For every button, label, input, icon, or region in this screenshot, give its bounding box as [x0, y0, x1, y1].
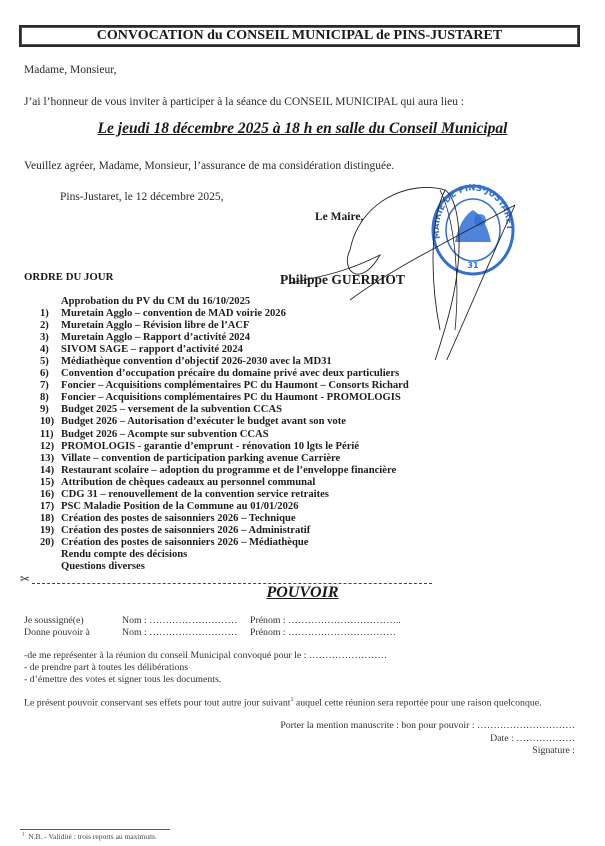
closing-formula: Veuillez agréer, Madame, Monsieur, l’ass… [24, 160, 394, 172]
agenda-item-text: SIVOM SAGE – rapport d’activité 2024 [61, 344, 243, 356]
agenda-item-number: 18) [40, 513, 61, 525]
agenda-item-text: PROMOLOGIS - garantie d’emprunt - rénova… [61, 441, 359, 453]
agenda-item-number: 12) [40, 441, 61, 453]
agenda-item-number: 4) [40, 344, 61, 356]
proxy-giver-name-field[interactable]: Nom : ……………………… [122, 615, 237, 626]
agenda-item: 9)Budget 2025 – versement de la subventi… [40, 404, 409, 416]
agenda-item-text: Muretain Agglo – convention de MAD voiri… [61, 308, 286, 320]
agenda-preamble: Approbation du PV du CM du 16/10/2025 [40, 296, 409, 308]
signature-field[interactable]: Signature : [532, 745, 575, 756]
agenda-item: 14)Restaurant scolaire – adoption du pro… [40, 465, 409, 477]
agenda-item: 15)Attribution de chèques cadeaux au per… [40, 477, 409, 489]
agenda-item-text: Médiathèque convention d’objectif 2026-2… [61, 356, 332, 368]
agenda-item-number: 19) [40, 525, 61, 537]
agenda-item: 3)Muretain Agglo – Rapport d’activité 20… [40, 332, 409, 344]
agenda-item: 19)Création des postes de saisonniers 20… [40, 525, 409, 537]
agenda-item-number: 2) [40, 320, 61, 332]
agenda-item: 12)PROMOLOGIS - garantie d’emprunt - rén… [40, 441, 409, 453]
agenda-item-text: Budget 2025 – versement de la subvention… [61, 404, 282, 416]
agenda-item-number: 6) [40, 368, 61, 380]
agenda-item-number: 5) [40, 356, 61, 368]
agenda-item-number: 17) [40, 501, 61, 513]
agenda-item: 11)Budget 2026 – Acompte sur subvention … [40, 429, 409, 441]
agenda-item-number: 13) [40, 453, 61, 465]
footnote: 1 N.B. - Validité : trois reports au max… [22, 832, 157, 841]
agenda-item-number: 16) [40, 489, 61, 501]
agenda-item-number: 15) [40, 477, 61, 489]
agenda-item-text: Foncier – Acquisitions complémentaires P… [61, 380, 409, 392]
date-field[interactable]: Date : ……………… [490, 733, 575, 744]
agenda-item-number: 11) [40, 429, 61, 441]
footnote-separator [20, 829, 170, 830]
agenda-item-text: Restaurant scolaire – adoption du progra… [61, 465, 396, 477]
proxy-receiver-name-field[interactable]: Nom : ……………………… [122, 627, 237, 638]
agenda-item: 7)Foncier – Acquisitions complémentaires… [40, 380, 409, 392]
agenda-item: 2)Muretain Agglo – Révision libre de l’A… [40, 320, 409, 332]
agenda-item: 1)Muretain Agglo – convention de MAD voi… [40, 308, 409, 320]
agenda-item-number: 20) [40, 537, 61, 549]
document-title: CONVOCATION du CONSEIL MUNICIPAL de PINS… [19, 25, 580, 47]
pouvoir-title: POUVOIR [0, 584, 605, 602]
signer-title: Le Maire, [315, 211, 363, 223]
proxy-receiver-label: Donne pouvoir à [24, 627, 90, 638]
represent-clause: -de me représenter à la réunion du conse… [24, 650, 387, 661]
agenda-heading: ORDRE DU JOUR [24, 271, 113, 283]
salutation: Madame, Monsieur, [24, 64, 116, 76]
invitation-text: J’ai l’honneur de vous inviter à partici… [24, 96, 464, 108]
proxy-receiver-firstname-field[interactable]: Prénom : …………………………… [250, 627, 396, 638]
vote-clause: - d’émettre des votes et signer tous les… [24, 674, 221, 685]
validity-clause: Le présent pouvoir conservant ses effets… [24, 697, 542, 708]
agenda-item-text: Création des postes de saisonniers 2026 … [61, 513, 296, 525]
agenda-item: 6)Convention d’occupation précaire du do… [40, 368, 409, 380]
meeting-date-place: Le jeudi 18 décembre 2025 à 18 h en sall… [0, 120, 605, 138]
agenda-item: 8)Foncier – Acquisitions complémentaires… [40, 392, 409, 404]
agenda-item-text: Création des postes de saisonniers 2026 … [61, 537, 308, 549]
proxy-giver-label: Je soussigné(e) [24, 615, 84, 626]
agenda-item: 4)SIVOM SAGE – rapport d’activité 2024 [40, 344, 409, 356]
agenda-item-text: CDG 31 – renouvellement de la convention… [61, 489, 329, 501]
agenda-item-text: Villate – convention de participation pa… [61, 453, 340, 465]
agenda-item: 10)Budget 2026 – Autorisation d’exécuter… [40, 416, 409, 428]
signer-name: Philippe GUERRIOT [280, 272, 405, 288]
agenda-item-text: PSC Maladie Position de la Commune au 01… [61, 501, 299, 513]
place-and-date: Pins-Justaret, le 12 décembre 2025, [60, 191, 224, 203]
agenda-item-number: 9) [40, 404, 61, 416]
agenda-item-number: 14) [40, 465, 61, 477]
agenda-item-text: Muretain Agglo – Rapport d’activité 2024 [61, 332, 250, 344]
agenda-item: 5)Médiathèque convention d’objectif 2026… [40, 356, 409, 368]
agenda-item-number: 1) [40, 308, 61, 320]
agenda-list: Approbation du PV du CM du 16/10/2025 1)… [40, 296, 409, 573]
official-stamp-icon: MAIRIE DE PINS-JUSTARET 31 [430, 184, 516, 276]
handwritten-mention-field[interactable]: Porter la mention manuscrite : bon pour … [280, 720, 575, 731]
agenda-item: 18)Création des postes de saisonniers 20… [40, 513, 409, 525]
proxy-giver-firstname-field[interactable]: Prénom : …………………………….. [250, 615, 401, 626]
agenda-item-text: Création des postes de saisonniers 2026 … [61, 525, 310, 537]
agenda-item: 16)CDG 31 – renouvellement de la convent… [40, 489, 409, 501]
document-title-text: CONVOCATION du CONSEIL MUNICIPAL de PINS… [97, 28, 502, 44]
agenda-item-number: 8) [40, 392, 61, 404]
agenda-post-item: Rendu compte des décisions [40, 549, 409, 561]
agenda-item: 20)Création des postes de saisonniers 20… [40, 537, 409, 549]
agenda-item: 17)PSC Maladie Position de la Commune au… [40, 501, 409, 513]
agenda-item-number: 7) [40, 380, 61, 392]
agenda-item-number: 3) [40, 332, 61, 344]
svg-text:31: 31 [467, 261, 479, 270]
agenda-item-text: Budget 2026 – Autorisation d’exécuter le… [61, 416, 346, 428]
deliberation-clause: - de prendre part à toutes les délibérat… [24, 662, 188, 673]
agenda-item-text: Attribution de chèques cadeaux au person… [61, 477, 315, 489]
agenda-item-number: 10) [40, 416, 61, 428]
agenda-item-text: Convention d’occupation précaire du doma… [61, 368, 399, 380]
agenda-item-text: Foncier – Acquisitions complémentaires P… [61, 392, 401, 404]
agenda-item-text: Muretain Agglo – Révision libre de l’ACF [61, 320, 250, 332]
agenda-item-text: Budget 2026 – Acompte sur subvention CCA… [61, 429, 269, 441]
agenda-item: 13)Villate – convention de participation… [40, 453, 409, 465]
